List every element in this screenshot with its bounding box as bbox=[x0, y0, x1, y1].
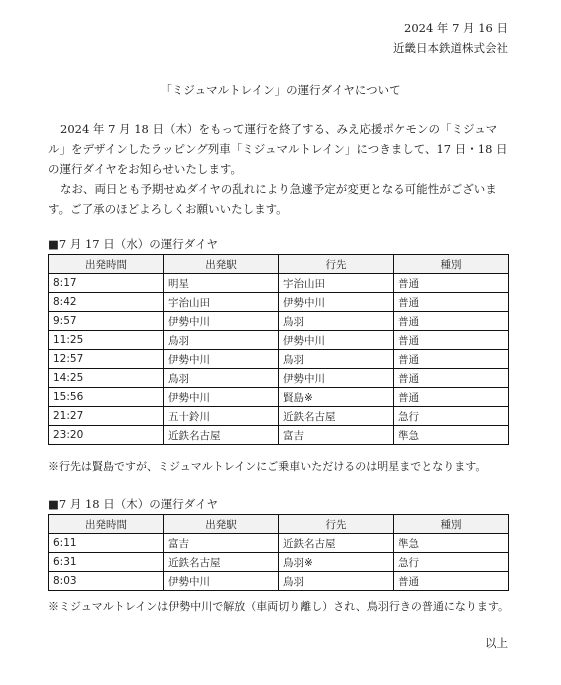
cell-departure-station: 伊勢中川 bbox=[164, 350, 279, 369]
cell-departure-station: 伊勢中川 bbox=[164, 312, 279, 331]
paragraph-notice-text: なお、両日とも予期せぬダイヤの乱れにより急遽予定が変更となる可能性がございます。… bbox=[48, 182, 497, 216]
cell-destination: 鳥羽 bbox=[279, 572, 394, 591]
cell-destination: 近鉄名古屋 bbox=[279, 407, 394, 426]
column-header-destination: 行先 bbox=[279, 515, 394, 534]
cell-departure-station: 明星 bbox=[164, 274, 279, 293]
column-header-departure-time: 出発時間 bbox=[49, 255, 164, 274]
table-row: 21:27五十鈴川近鉄名古屋急行 bbox=[49, 407, 509, 426]
cell-departure-time: 23:20 bbox=[49, 426, 164, 445]
cell-destination: 伊勢中川 bbox=[279, 331, 394, 350]
table-row: 9:57伊勢中川鳥羽普通 bbox=[49, 312, 509, 331]
cell-train-type: 普通 bbox=[394, 572, 509, 591]
cell-train-type: 普通 bbox=[394, 274, 509, 293]
cell-destination: 鳥羽 bbox=[279, 312, 394, 331]
closing-mark: 以上 bbox=[485, 635, 508, 651]
cell-train-type: 普通 bbox=[394, 388, 509, 407]
cell-departure-time: 8:42 bbox=[49, 293, 164, 312]
cell-destination: 富吉 bbox=[279, 426, 394, 445]
cell-train-type: 準急 bbox=[394, 426, 509, 445]
cell-destination: 近鉄名古屋 bbox=[279, 534, 394, 553]
table-row: 8:17明星宇治山田普通 bbox=[49, 274, 509, 293]
table-row: 15:56伊勢中川賢島※普通 bbox=[49, 388, 509, 407]
cell-departure-time: 8:17 bbox=[49, 274, 164, 293]
paragraph-intro: 2024 年 7 月 18 日（木）をもって運行を終了する、みえ応援ポケモンの「… bbox=[48, 119, 513, 179]
cell-destination: 鳥羽※ bbox=[279, 553, 394, 572]
column-header-train-type: 種別 bbox=[394, 515, 509, 534]
cell-departure-time: 14:25 bbox=[49, 369, 164, 388]
table-row: 6:31近鉄名古屋鳥羽※急行 bbox=[49, 553, 509, 572]
column-header-departure-station: 出発駅 bbox=[164, 515, 279, 534]
cell-departure-station: 五十鈴川 bbox=[164, 407, 279, 426]
table-row: 6:11富吉近鉄名古屋準急 bbox=[49, 534, 509, 553]
table-row: 14:25鳥羽伊勢中川普通 bbox=[49, 369, 509, 388]
cell-destination: 伊勢中川 bbox=[279, 293, 394, 312]
cell-destination: 宇治山田 bbox=[279, 274, 394, 293]
column-header-destination: 行先 bbox=[279, 255, 394, 274]
cell-train-type: 普通 bbox=[394, 312, 509, 331]
cell-departure-time: 12:57 bbox=[49, 350, 164, 369]
column-header-departure-time: 出発時間 bbox=[49, 515, 164, 534]
cell-departure-time: 15:56 bbox=[49, 388, 164, 407]
cell-departure-station: 富吉 bbox=[164, 534, 279, 553]
column-header-departure-station: 出発駅 bbox=[164, 255, 279, 274]
company-name: 近畿日本鉄道株式会社 bbox=[393, 40, 508, 56]
cell-departure-time: 9:57 bbox=[49, 312, 164, 331]
paragraph-notice: なお、両日とも予期せぬダイヤの乱れにより急遽予定が変更となる可能性がございます。… bbox=[48, 179, 513, 219]
cell-train-type: 普通 bbox=[394, 369, 509, 388]
cell-train-type: 急行 bbox=[394, 407, 509, 426]
column-header-train-type: 種別 bbox=[394, 255, 509, 274]
cell-departure-time: 21:27 bbox=[49, 407, 164, 426]
day1-note: ※行先は賢島ですが、ミジュマルトレインにご乗車いただけるのは明星までとなります。 bbox=[48, 458, 486, 474]
paragraph-intro-text: 2024 年 7 月 18 日（木）をもって運行を終了する、みえ応援ポケモンの「… bbox=[48, 122, 508, 176]
table-row: 23:20近鉄名古屋富吉準急 bbox=[49, 426, 509, 445]
table-header-row: 出発時間 出発駅 行先 種別 bbox=[49, 255, 509, 274]
cell-train-type: 準急 bbox=[394, 534, 509, 553]
cell-departure-time: 6:11 bbox=[49, 534, 164, 553]
table-row: 8:42宇治山田伊勢中川普通 bbox=[49, 293, 509, 312]
cell-departure-station: 近鉄名古屋 bbox=[164, 553, 279, 572]
table-row: 11:25鳥羽伊勢中川普通 bbox=[49, 331, 509, 350]
cell-train-type: 急行 bbox=[394, 553, 509, 572]
cell-departure-station: 伊勢中川 bbox=[164, 388, 279, 407]
day1-schedule-table: 出発時間 出発駅 行先 種別 8:17明星宇治山田普通8:42宇治山田伊勢中川普… bbox=[48, 254, 509, 445]
cell-train-type: 普通 bbox=[394, 331, 509, 350]
table-header-row: 出発時間 出発駅 行先 種別 bbox=[49, 515, 509, 534]
day1-heading: ■7 月 17 日（水）の運行ダイヤ bbox=[48, 236, 218, 252]
cell-train-type: 普通 bbox=[394, 350, 509, 369]
cell-departure-station: 近鉄名古屋 bbox=[164, 426, 279, 445]
document-date: 2024 年 7 月 16 日 bbox=[404, 20, 508, 36]
cell-departure-time: 11:25 bbox=[49, 331, 164, 350]
table-row: 12:57伊勢中川鳥羽普通 bbox=[49, 350, 509, 369]
day2-heading: ■7 月 18 日（木）の運行ダイヤ bbox=[48, 496, 218, 512]
day2-note: ※ミジュマルトレインは伊勢中川で解放（車両切り離し）され、鳥羽行きの普通になりま… bbox=[48, 598, 509, 614]
table-row: 8:03伊勢中川鳥羽普通 bbox=[49, 572, 509, 591]
cell-train-type: 普通 bbox=[394, 293, 509, 312]
cell-departure-station: 伊勢中川 bbox=[164, 572, 279, 591]
cell-departure-station: 宇治山田 bbox=[164, 293, 279, 312]
cell-departure-station: 鳥羽 bbox=[164, 369, 279, 388]
cell-destination: 伊勢中川 bbox=[279, 369, 394, 388]
document-title: 「ミジュマルトレイン」の運行ダイヤについて bbox=[0, 82, 561, 98]
cell-destination: 鳥羽 bbox=[279, 350, 394, 369]
cell-destination: 賢島※ bbox=[279, 388, 394, 407]
cell-departure-time: 8:03 bbox=[49, 572, 164, 591]
cell-departure-station: 鳥羽 bbox=[164, 331, 279, 350]
day2-schedule-table: 出発時間 出発駅 行先 種別 6:11富吉近鉄名古屋準急6:31近鉄名古屋鳥羽※… bbox=[48, 514, 509, 591]
cell-departure-time: 6:31 bbox=[49, 553, 164, 572]
